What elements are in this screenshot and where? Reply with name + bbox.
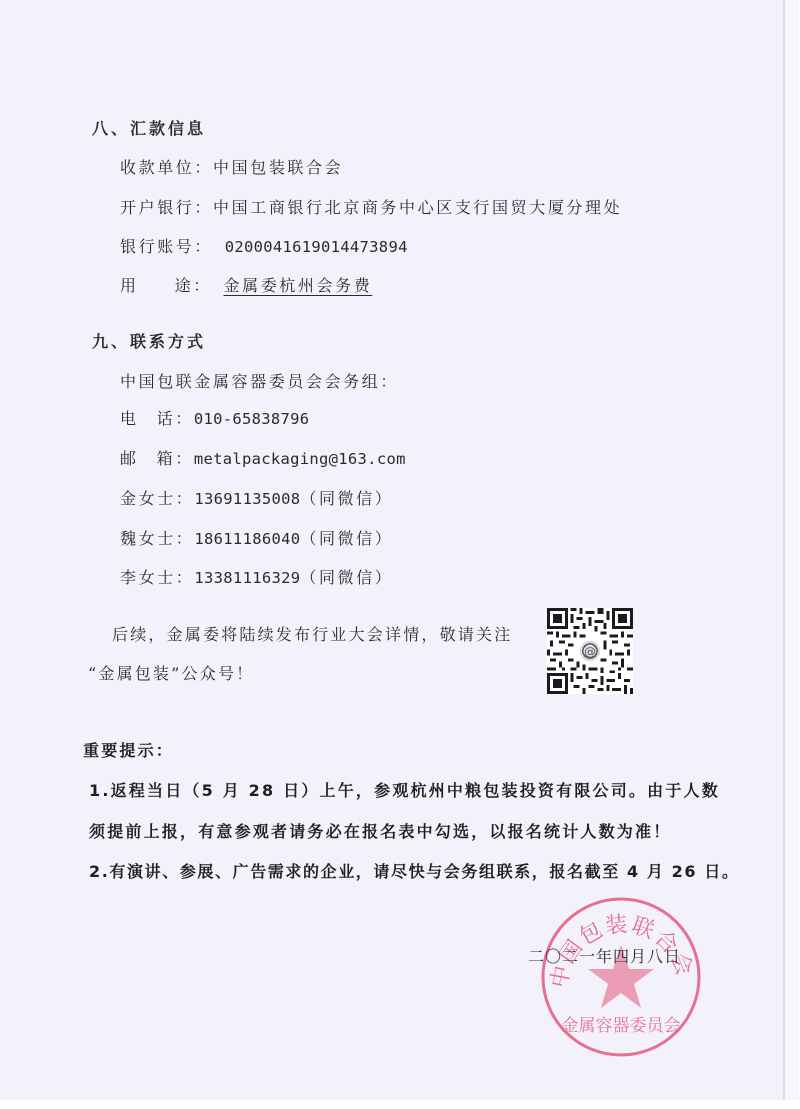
contact-phone: 18611186040 (194, 530, 300, 548)
important-item-1-line-1: 1.返程当日（5 月 28 日）上午，参观杭州中粮包装投资有限公司。由于人数 (89, 781, 720, 801)
phone-label-part2: 话： (157, 409, 194, 428)
purpose-row: 用途： 金属委杭州会务费 (120, 276, 372, 296)
phone-row: 电话：010-65838796 (120, 409, 309, 429)
svg-text:@: @ (584, 644, 596, 658)
payee-row: 收款单位：中国包装联合会 (120, 158, 343, 178)
signature-date: 二〇二一年四月八日 (528, 944, 681, 967)
qr-code-icon[interactable]: @ (547, 608, 633, 694)
account-value: 0200041619014473894 (225, 238, 408, 256)
contact-row: 金女士：13691135008（同微信） (120, 489, 393, 509)
section-9-heading: 九、联系方式 (92, 332, 206, 352)
email-label-part1: 邮 (120, 449, 139, 468)
follow-notice-line-2: “金属包装”公众号！ (88, 664, 254, 684)
document-page: 八、汇款信息 收款单位：中国包装联合会 开户银行：中国工商银行北京商务中心区支行… (0, 0, 785, 1100)
bank-label: 开户银行： (120, 198, 213, 217)
follow-notice-line-1: 后续，金属委将陆续发布行业大会详情，敬请关注 (112, 625, 512, 645)
bank-row: 开户银行：中国工商银行北京商务中心区支行国贸大厦分理处 (120, 198, 622, 218)
contact-phone: 13381116329 (194, 569, 300, 587)
contact-group-name: 中国包联金属容器委员会会务组： (120, 372, 399, 392)
account-label: 银行账号： (120, 237, 213, 256)
purpose-value: 金属委杭州会务费 (224, 276, 373, 295)
important-item-1-line-2: 须提前上报，有意参观者请务必在报名表中勾选，以报名统计人数为准！ (89, 822, 671, 842)
email-label-part2: 箱： (157, 449, 194, 468)
bank-value: 中国工商银行北京商务中心区支行国贸大厦分理处 (213, 198, 622, 217)
payee-label: 收款单位： (120, 158, 213, 177)
contact-row: 李女士：13381116329（同微信） (120, 568, 393, 588)
section-8-heading: 八、汇款信息 (92, 119, 206, 139)
phone-value: 010-65838796 (194, 410, 310, 428)
important-heading: 重要提示： (83, 741, 174, 761)
payee-value: 中国包装联合会 (213, 158, 343, 177)
seal-bottom-text: 金属容器委员会 (562, 1016, 681, 1036)
contact-name: 金女士： (120, 489, 194, 508)
purpose-label-part2: 途： (175, 276, 212, 295)
contact-note: （同微信） (300, 489, 393, 508)
contact-name: 魏女士： (120, 529, 194, 548)
official-seal-icon: 中国包装联合会 金属容器委员会 (537, 893, 705, 1061)
contact-note: （同微信） (300, 568, 393, 587)
purpose-label-part1: 用 (120, 276, 139, 295)
account-row: 银行账号： 0200041619014473894 (120, 237, 408, 257)
contact-name: 李女士： (120, 568, 194, 587)
phone-label-part1: 电 (120, 409, 139, 428)
contact-phone: 13691135008 (194, 490, 300, 508)
contact-row: 魏女士：18611186040（同微信） (120, 529, 393, 549)
email-row: 邮箱：metalpackaging@163.com (120, 449, 406, 469)
important-item-2: 2.有演讲、参展、广告需求的企业，请尽快与会务组联系，报名截至 4 月 26 日… (89, 862, 740, 882)
email-value[interactable]: metalpackaging@163.com (194, 450, 406, 468)
contact-note: （同微信） (300, 529, 393, 548)
